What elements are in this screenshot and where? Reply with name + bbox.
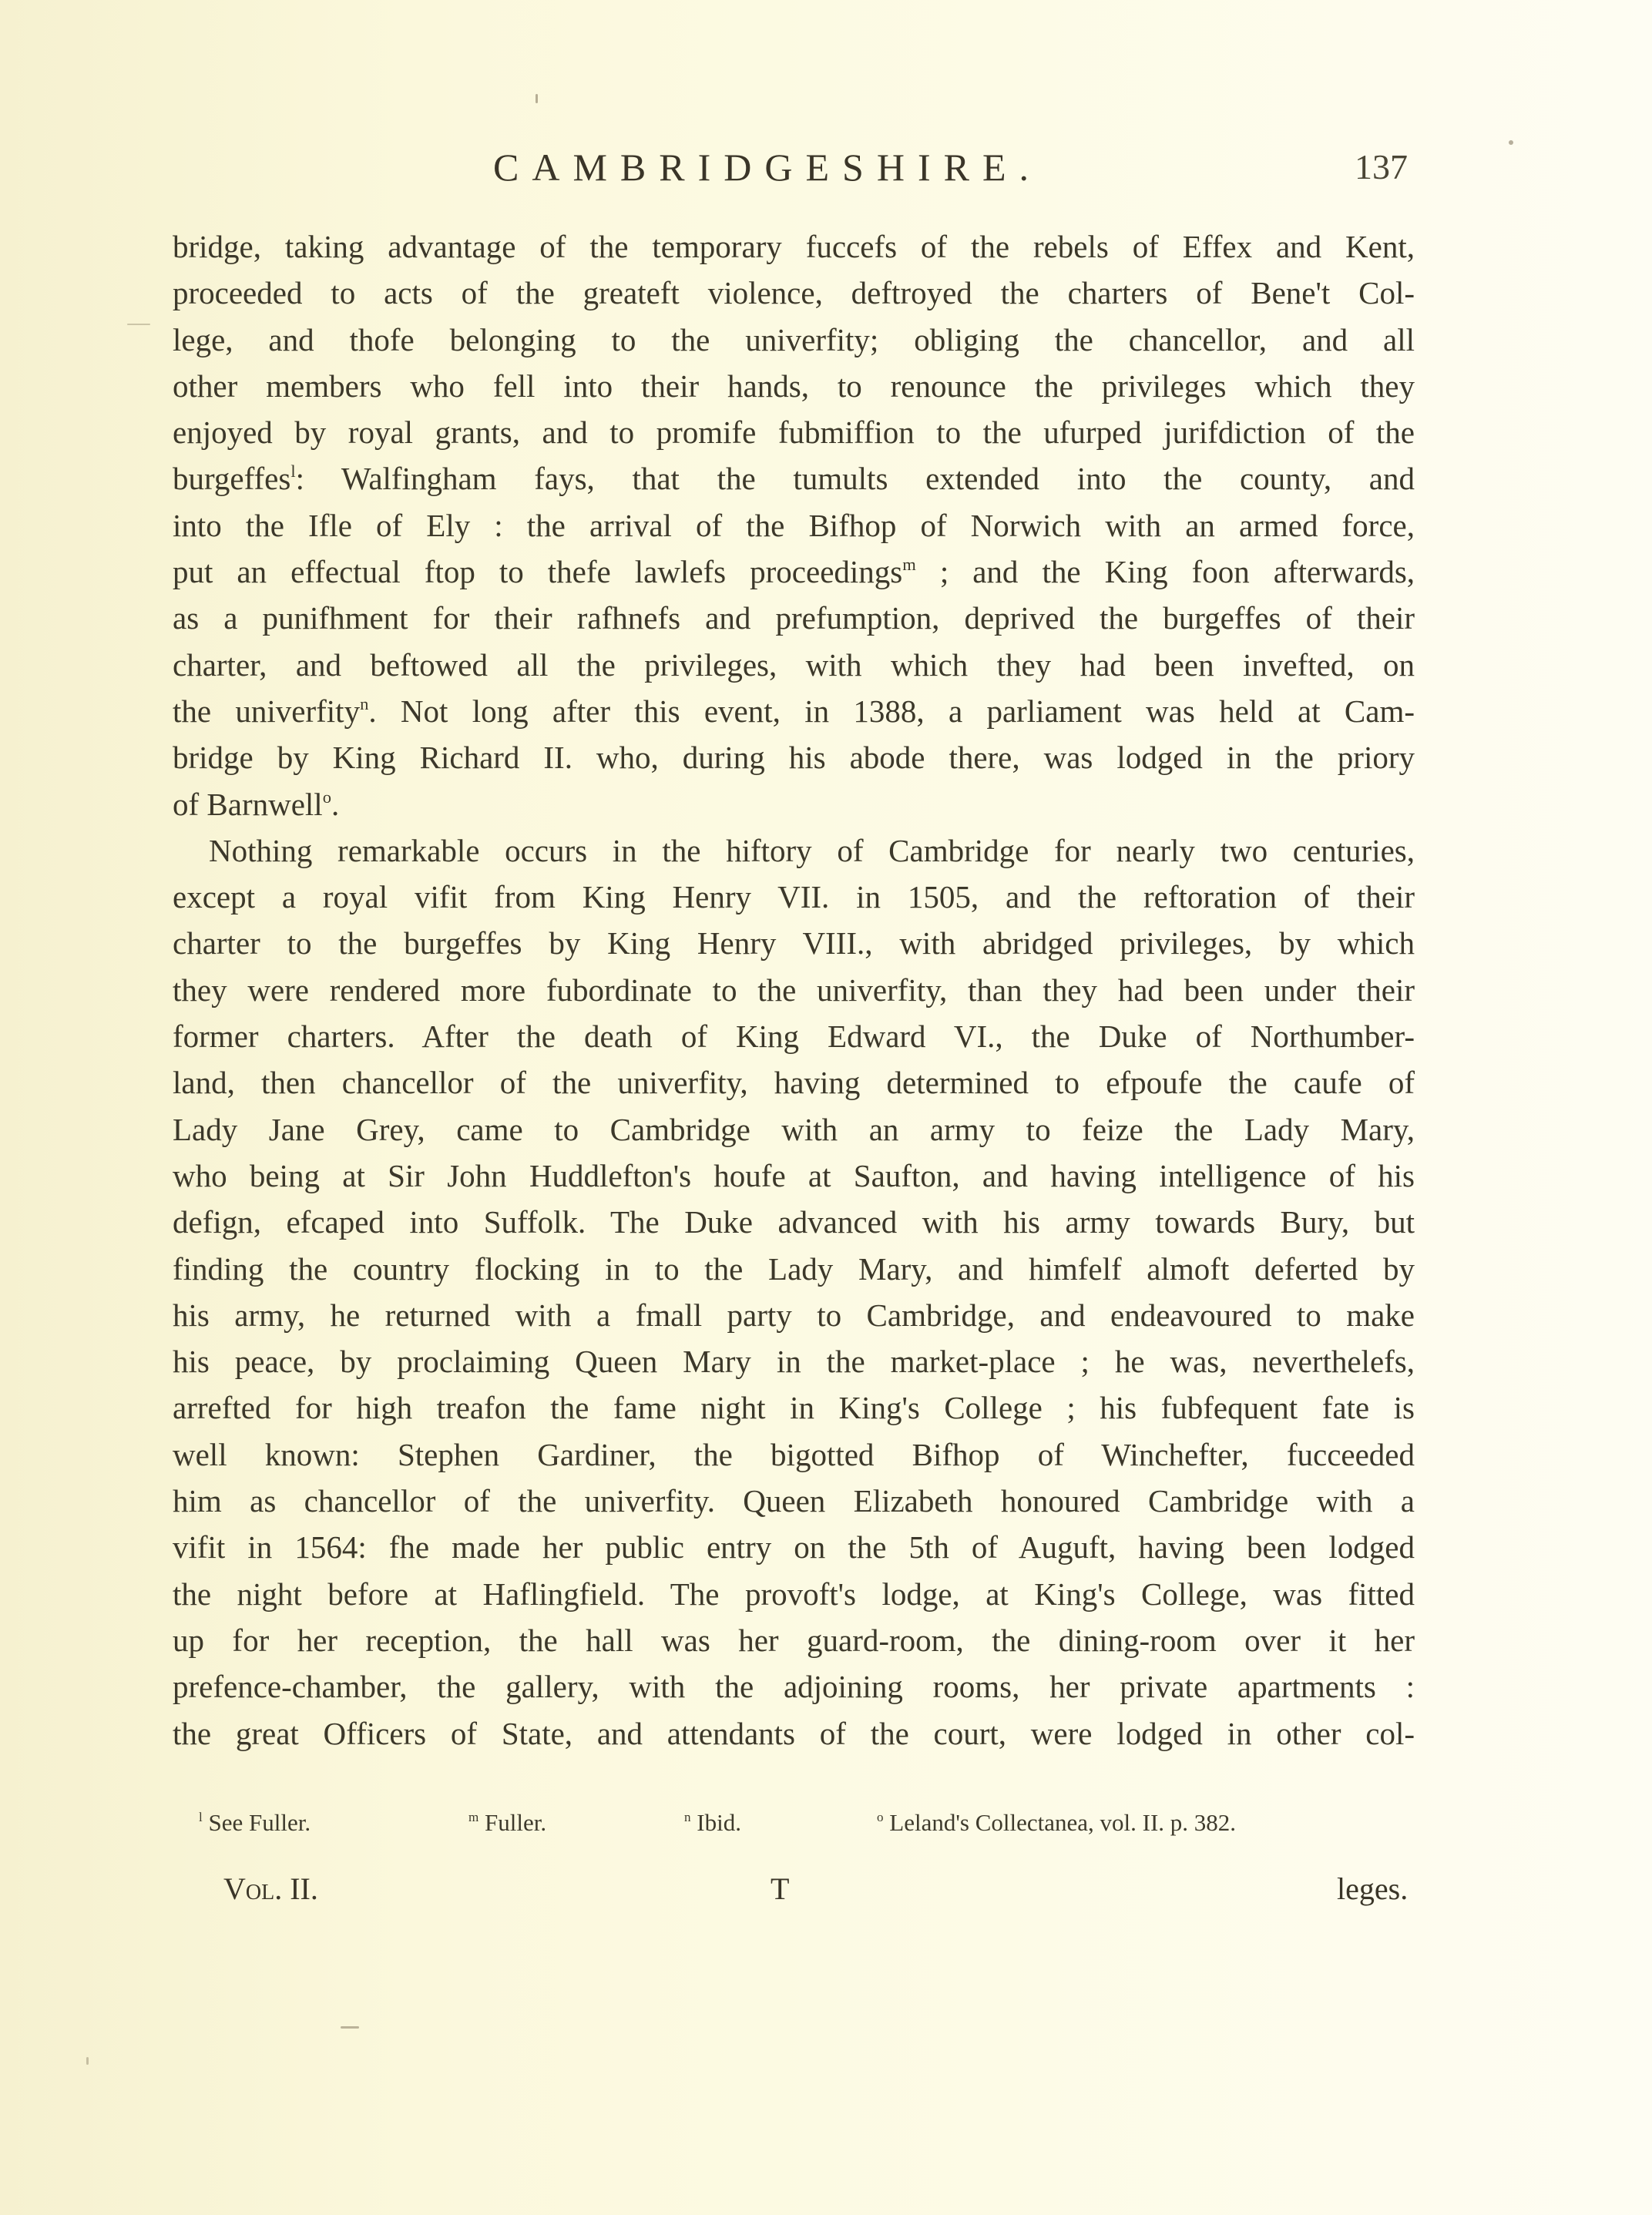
text-line: Lady Jane Grey, came to Cambridge with a… [173, 1106, 1415, 1153]
footnote-text: Fuller. [485, 1809, 546, 1836]
text-line: proceeded to acts of the greateft violen… [173, 270, 1415, 316]
footnote-text: Ibid. [697, 1809, 741, 1836]
page-number: 137 [1355, 146, 1408, 187]
text-line: charter, and beftowed all the privileges… [173, 642, 1415, 688]
text-line: former charters. After the death of King… [173, 1013, 1415, 1059]
text-segment: ; and the King foon afterwards, [940, 554, 1415, 589]
text-line: they were rendered more fubordinate to t… [173, 967, 1415, 1013]
signature-mark: T [771, 1871, 789, 1907]
text-line: the night before at Haflingfield. The pr… [173, 1571, 1415, 1617]
text-line: into the Ifle of Ely : the arrival of th… [173, 502, 1415, 549]
footnote-m: m Fuller. [468, 1809, 546, 1837]
text-line: bridge, taking advantage of the temporar… [173, 223, 1415, 270]
footnote-text: See Fuller. [208, 1809, 311, 1836]
catchword: leges. [1337, 1871, 1408, 1907]
text-line: except a royal vifit from King Henry VII… [173, 874, 1415, 920]
text-line: bridge by King Richard II. who, during h… [173, 734, 1415, 780]
body-text: bridge, taking advantage of the temporar… [173, 223, 1415, 1757]
text-line: who being at Sir John Huddlefton's houfe… [173, 1153, 1415, 1199]
footnote-l: l See Fuller. [199, 1809, 311, 1837]
footnote-ref-m: m [902, 555, 916, 574]
text-line: the univerfityn. Not long after this eve… [173, 688, 1415, 734]
paper-speck-icon [536, 94, 538, 103]
footnote-marker: n [684, 1810, 691, 1824]
text-segment: put an effectual ftop to thefe lawlefs p… [173, 554, 902, 589]
text-line: as a punifhment for their rafhnefs and p… [173, 595, 1415, 641]
text-line: finding the country flocking in to the L… [173, 1246, 1415, 1292]
text-line: him as chancellor of the univerfity. Que… [173, 1478, 1415, 1524]
running-title: CAMBRIDGESHIRE. [493, 145, 1042, 190]
paper-speck-icon [341, 2026, 359, 2029]
paper-speck-icon [127, 324, 150, 325]
footnote-marker: l [199, 1810, 203, 1824]
paragraph-start-line: Nothing remarkable occurs in the hiftory… [173, 827, 1415, 874]
text-line: well known: Stephen Gardiner, the bigott… [173, 1431, 1415, 1478]
footnote-marker: m [468, 1810, 478, 1824]
text-line: arrefted for high treafon the fame night… [173, 1384, 1415, 1431]
text-line: his army, he returned with a fmall party… [173, 1292, 1415, 1338]
text-line: other members who fell into their hands,… [173, 363, 1415, 409]
text-line: prefence-chamber, the gallery, with the … [173, 1663, 1415, 1710]
footnote-o: o Leland's Collectanea, vol. II. p. 382. [877, 1809, 1236, 1837]
text-line: lege, and thofe belonging to the univerf… [173, 317, 1415, 363]
text-segment: : Walfingham fays, that the tumults exte… [296, 461, 1415, 496]
text-line: put an effectual ftop to thefe lawlefs p… [173, 549, 1415, 595]
text-line: land, then chancellor of the univerfity,… [173, 1059, 1415, 1106]
text-line: enjoyed by royal grants, and to promife … [173, 409, 1415, 455]
footnote-ref-o: o [323, 787, 331, 807]
text-segment: burgeffes [173, 461, 290, 496]
text-line: burgeffesl: Walfingham fays, that the tu… [173, 455, 1415, 502]
book-page: CAMBRIDGESHIRE. 137 bridge, taking advan… [0, 0, 1652, 2215]
text-segment: the univerfity [173, 693, 360, 729]
text-line: the great Officers of State, and attenda… [173, 1710, 1415, 1757]
footnote-n: n Ibid. [684, 1809, 741, 1837]
text-line: charter to the burgeffes by King Henry V… [173, 920, 1415, 966]
paper-speck-icon [1509, 140, 1513, 145]
text-line: defign, efcaped into Suffolk. The Duke a… [173, 1199, 1415, 1245]
footnote-marker: o [877, 1810, 884, 1824]
text-segment: . [331, 787, 339, 822]
text-line: his peace, by proclaiming Queen Mary in … [173, 1338, 1415, 1384]
footnote-ref-n: n [360, 694, 368, 713]
text-line: vifit in 1564: fhe made her public entry… [173, 1524, 1415, 1570]
text-segment: . Not long after this event, in 1388, a … [368, 693, 1415, 729]
text-line: of Barnwello. [173, 781, 1415, 827]
paper-speck-icon [86, 2057, 89, 2065]
text-line: up for her reception, the hall was her g… [173, 1617, 1415, 1663]
footnote-text: Leland's Collectanea, vol. II. p. 382. [889, 1809, 1236, 1836]
text-segment: of Barnwell [173, 787, 323, 822]
volume-label: Vol. II. [223, 1871, 318, 1907]
